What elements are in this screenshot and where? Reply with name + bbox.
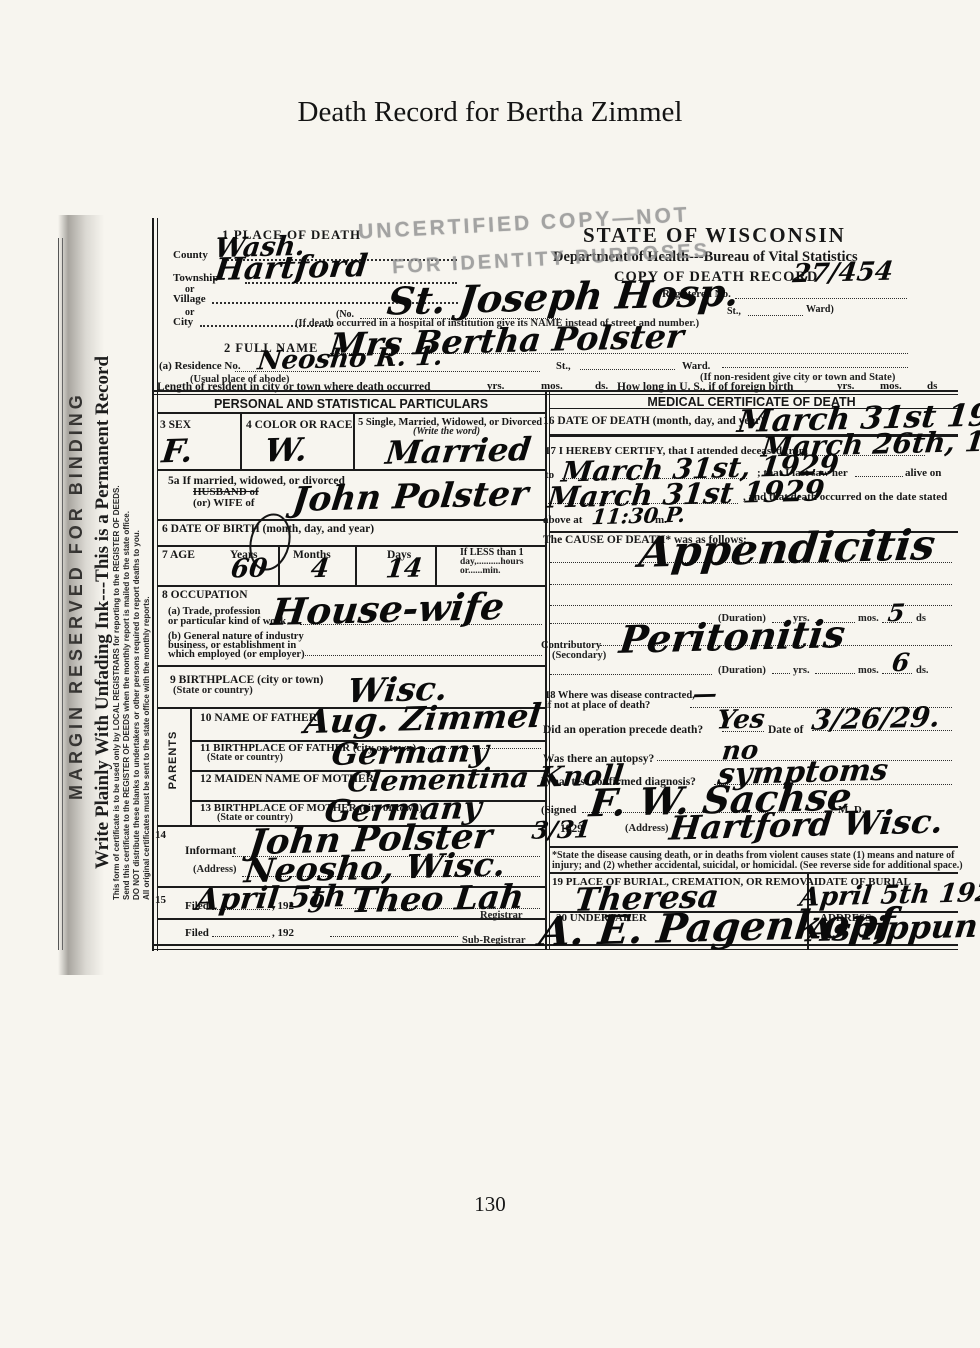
father-birthplace-sub: (State or country) <box>207 753 283 764</box>
how-long-us-label: How long in U. S., if of foreign birth <box>617 381 793 393</box>
fine-print-line: This form of certificate is to be used o… <box>112 268 122 900</box>
township-label: Township <box>173 273 218 285</box>
father-name-label: 10 NAME OF FATHER <box>200 712 317 724</box>
ds-label: ds <box>927 381 937 393</box>
cell-divider <box>355 545 357 585</box>
personal-section-header: PERSONAL AND STATISTICAL PARTICULARS <box>157 398 545 411</box>
parents-box-divider <box>190 707 192 825</box>
age-days-value: 14 <box>384 556 423 583</box>
contributory-value: Peritonitis <box>617 615 847 659</box>
fine-print-line: Send this certificate to the REGISTER OF… <box>122 268 132 900</box>
mos-label: mos. <box>880 381 902 393</box>
duration-ds-value: 5 <box>887 601 907 625</box>
duration2-line <box>550 674 712 675</box>
registered-number-value: 27/454 <box>791 259 894 288</box>
residence-st-label: St., <box>556 361 571 372</box>
race-label: 4 COLOR OR RACE <box>246 419 352 431</box>
signed-date-value: 3/31 <box>531 817 593 843</box>
occupation-a-value: House-wife <box>269 588 506 631</box>
duration-mos-label: mos. <box>858 613 879 624</box>
residence-st-line <box>580 369 675 370</box>
age-years-value: 60 <box>229 556 268 583</box>
occupation-b-label3: which employed (or employer) <box>168 649 305 660</box>
occupation-b-line <box>305 655 542 656</box>
duration2-mos-label: mos. <box>858 665 879 676</box>
above-at-label: above at <box>543 515 582 527</box>
line <box>157 665 545 667</box>
page-number: 130 <box>0 1192 980 1217</box>
cause-of-death-value: Appendicitis <box>637 524 937 574</box>
length-resident-label: Length of resident in city or town where… <box>157 381 431 393</box>
township-value: Hartford <box>213 251 369 286</box>
line <box>157 412 545 414</box>
registered-number-line <box>735 298 907 299</box>
age-label: 7 AGE <box>162 549 195 561</box>
county-label: County <box>173 250 208 262</box>
mos-label: mos. <box>541 381 563 393</box>
age-less-note: or......min. <box>460 567 501 577</box>
cause-line <box>550 584 952 585</box>
parents-label: PARENTS <box>167 720 179 800</box>
footnote-line2: injury; and (2) whether accidental, suic… <box>552 861 963 872</box>
disease-contracted-label2: if not at place of death? <box>545 700 650 711</box>
operation-date-value: 3/26/29. <box>810 703 941 734</box>
filed-year-value: 9 <box>307 892 327 916</box>
informant-label: Informant <box>185 845 236 857</box>
duration-ds-label: ds <box>916 613 926 624</box>
hospital-value: St. Joseph Hosp. <box>385 273 741 320</box>
residence-value: Neosho R. 1. <box>256 344 444 375</box>
yrs-label: yrs. <box>487 381 504 393</box>
filed2-line <box>212 936 270 937</box>
cell-divider <box>435 545 437 585</box>
ward-label: Ward) <box>806 305 834 316</box>
last-saw-line <box>855 476 903 477</box>
wife-of-label: (or) WIFE of <box>193 498 255 510</box>
village-label: Village <box>173 294 206 306</box>
st-line <box>748 315 803 316</box>
operation-date-label: Date of <box>768 724 803 736</box>
duration2-yrs-label: yrs. <box>793 665 810 676</box>
father-name-value: Aug. Zimmel <box>303 699 543 738</box>
registrar-signature: Theo Lah <box>350 880 526 917</box>
margin-fine-print: This form of certificate is to be used o… <box>112 268 152 900</box>
marital-value: Married <box>384 433 533 469</box>
contributory-sub-label: (Secondary) <box>552 650 606 661</box>
operation-label: Did an operation precede death? <box>543 724 703 736</box>
line <box>549 872 958 874</box>
mother-name-value: Clementina Knoll <box>346 761 625 796</box>
spouse-value: John Polster <box>291 477 530 517</box>
filed2-label: Filed <box>185 928 209 940</box>
alive-on-label: alive on <box>905 468 941 480</box>
undertaker-address-value: Ashippun <box>806 910 980 946</box>
form-left-border <box>152 218 154 951</box>
fine-print-line: DO NOT distribute these blanks to undert… <box>132 268 142 900</box>
city-label: City <box>173 317 193 329</box>
filed-number: 15 <box>155 895 166 907</box>
signed-address-label: (Address) <box>625 823 669 834</box>
duration2-line <box>815 673 855 674</box>
scan-edge-line <box>58 238 59 950</box>
physician-address-value: Hartford Wisc. <box>668 804 945 844</box>
sex-label: 3 SEX <box>160 419 191 431</box>
filed2-192-label: , 192 <box>272 928 294 940</box>
line <box>157 519 545 521</box>
subregistrar-line <box>330 936 458 937</box>
occupation-label: 8 OCCUPATION <box>162 589 248 601</box>
duration2-ds-value: 6 <box>891 650 911 675</box>
fine-print-line: All original certificates must be sent t… <box>142 268 152 900</box>
residence-ward-line <box>722 367 908 368</box>
cell-divider <box>353 413 355 469</box>
duration2-line <box>772 673 790 674</box>
yrs-label: yrs. <box>837 381 854 393</box>
time-of-death-value: 11:30 P. <box>591 504 687 527</box>
operation-value: Yes <box>715 706 766 733</box>
scanned-death-record-page: Death Record for Bertha Zimmel MARGIN RE… <box>0 0 980 1348</box>
binding-shadow <box>58 215 104 975</box>
informant-number: 14 <box>155 830 166 842</box>
page-title: Death Record for Bertha Zimmel <box>0 96 980 129</box>
residence-ward-label: Ward. <box>682 361 710 372</box>
duration2-label: (Duration) <box>718 665 766 676</box>
line <box>549 846 958 848</box>
duration2-ds-label: ds. <box>916 665 929 676</box>
scan-edge-line <box>62 238 63 950</box>
age-months-value: 4 <box>309 556 330 582</box>
residence-label: (a) Residence No. <box>159 361 241 373</box>
race-value: W. <box>263 433 309 466</box>
ds-label: ds. <box>595 381 608 393</box>
cell-divider <box>240 413 242 469</box>
date-of-death-label: 16 DATE OF DEATH (month, day, and year) <box>543 415 764 427</box>
disease-contracted-value: — <box>692 682 719 707</box>
line <box>157 469 545 471</box>
informant-address-label: (Address) <box>193 864 237 875</box>
birthplace-sub-label: (State or country) <box>173 685 253 696</box>
sex-value: F. <box>160 435 194 468</box>
occupation-a-label2: or particular kind of work <box>168 616 286 627</box>
subregistrar-label: Sub-Registrar <box>462 935 526 946</box>
